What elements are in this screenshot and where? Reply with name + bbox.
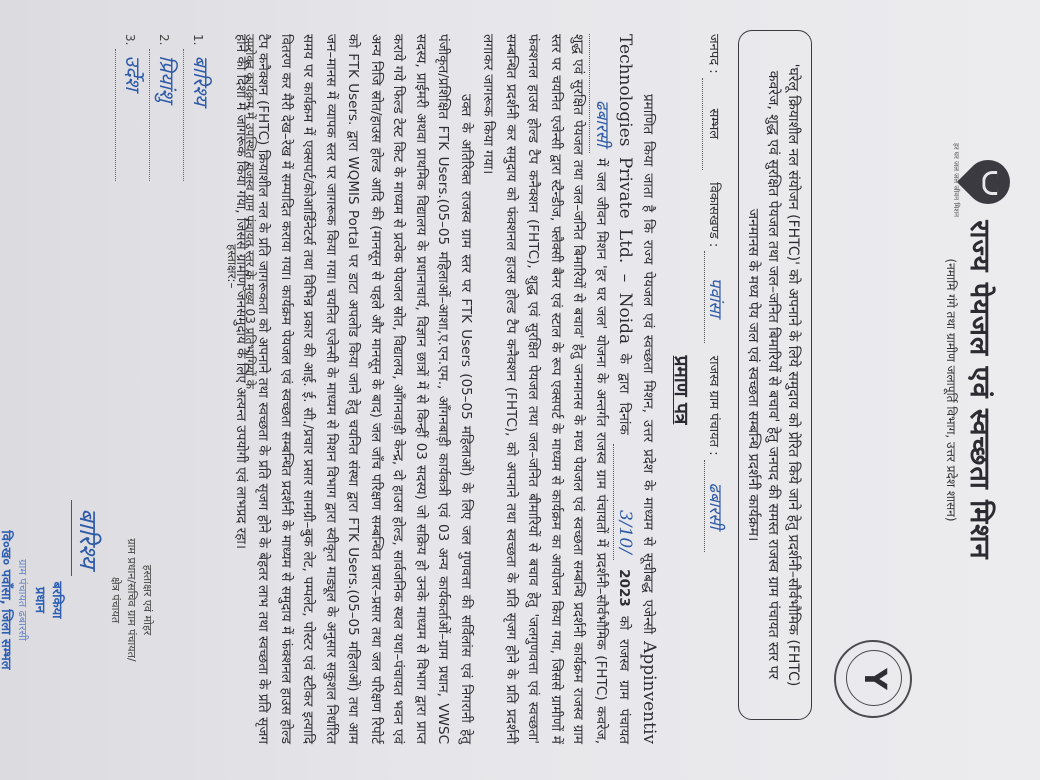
certificate-page: राज्य पेयजल एवं स्वच्छता मिशन (नमामि गंग… — [0, 0, 1040, 780]
para1-date-label: के द्वारा दिनांक — [617, 353, 633, 434]
signature-number: 1. — [191, 34, 205, 45]
handwritten-gram-panchayat: ढबारसी — [590, 34, 614, 153]
gram-panchayat-label: राजस्व ग्राम पंचायत : — [706, 356, 721, 456]
stamp-panchayat: ग्राम पंचायत ढबारसी — [14, 470, 31, 730]
signatures-label: हस्ताक्षर:– — [222, 244, 242, 289]
certificate-title: प्रमाण पत्र — [669, 0, 695, 780]
participant-signature-3: 3. उर्देश — [116, 34, 150, 294]
block-label: विकासखण्ड : — [706, 182, 721, 247]
stamp-designation: प्रधान — [31, 470, 48, 730]
emblem-symbol: Y — [856, 664, 892, 694]
participant-signatures: 1. बारिश्य 2. प्रियांशु 3. उर्देश — [116, 34, 218, 294]
handwritten-signature: बारिश्य — [183, 49, 218, 181]
signature-number: 2. — [157, 34, 171, 45]
block-value: पवांसा — [704, 251, 725, 343]
district-label: जनपद : — [706, 34, 721, 74]
participant-signature-1: 1. बारिश्य — [184, 34, 218, 294]
participant-signature-2: 2. प्रियांशु — [150, 34, 184, 294]
signature-number: 3. — [123, 34, 137, 45]
handwritten-date: 3/10/ — [613, 444, 637, 560]
header-title: राज्य पेयजल एवं स्वच्छता मिशन — [963, 0, 1000, 780]
official-label-line-1: हस्ताक्षर एवं मोहर — [139, 480, 155, 720]
closing-section: उपरोक्त कार्यक्रम में उपस्थित राजस्व ग्र… — [240, 34, 260, 744]
date-year: 2023 — [617, 569, 633, 607]
water-drop-icon — [957, 151, 1019, 213]
official-label-line-2: ग्राम प्रधान/सचिव ग्राम पंचायत/ — [123, 480, 139, 720]
document-header: राज्य पेयजल एवं स्वच्छता मिशन (नमामि गंग… — [892, 0, 1012, 780]
header-subtitle: (नमामि गंगे तथा ग्रामीण जलापूर्ति विभाग,… — [943, 0, 960, 780]
district-value: सम्भल — [702, 78, 723, 170]
official-handwritten-signature: बारिश्य — [71, 500, 105, 576]
closing-text: उपरोक्त कार्यक्रम में उपस्थित राजस्व ग्र… — [240, 34, 260, 744]
para1-intro: प्रमाणित किया जाता है कि राज्य पेयजल एवं… — [640, 94, 656, 634]
certificate-body: प्रमाणित किया जाता है कि राज्य पेयजल एवं… — [230, 34, 661, 744]
paragraph-1: प्रमाणित किया जाता है कि राज्य पेयजल एवं… — [477, 34, 660, 744]
jal-jeevan-mission-logo: हर घर जल जल जीवन मिशन — [920, 130, 1010, 230]
program-description-box: 'घरेलू क्रियाशील नल संयोजन (FHTC)' को अप… — [738, 30, 812, 720]
up-government-emblem-icon: Y — [834, 640, 912, 718]
official-signature-label: हस्ताक्षर एवं मोहर ग्राम प्रधान/सचिव ग्र… — [107, 480, 155, 720]
para1-gp-label: को राजस्व ग्राम पंचायत — [617, 616, 633, 744]
logo-caption: हर घर जल जल जीवन मिशन — [952, 130, 960, 230]
stamp-name: बरकिया — [48, 470, 65, 730]
handwritten-signature: प्रियांशु — [149, 49, 184, 181]
gram-panchayat-value: ढबारसी — [704, 460, 725, 552]
handwritten-signature: उर्देश — [115, 49, 150, 181]
official-label-line-3: क्षेत्र पंचायत — [107, 480, 123, 720]
location-row: जनपद : सम्भल विकासखण्ड : पवांसा राजस्व ग… — [702, 34, 725, 754]
paragraph-2: उक्त के अतिरिक्त राजस्व ग्राम स्तर पर FT… — [230, 34, 478, 744]
pradhan-stamp: बरकिया प्रधान ग्राम पंचायत ढबारसी वि०ख० … — [0, 470, 65, 730]
stamp-address: वि०ख० पवाँसा, जिला सम्भल — [0, 470, 14, 730]
